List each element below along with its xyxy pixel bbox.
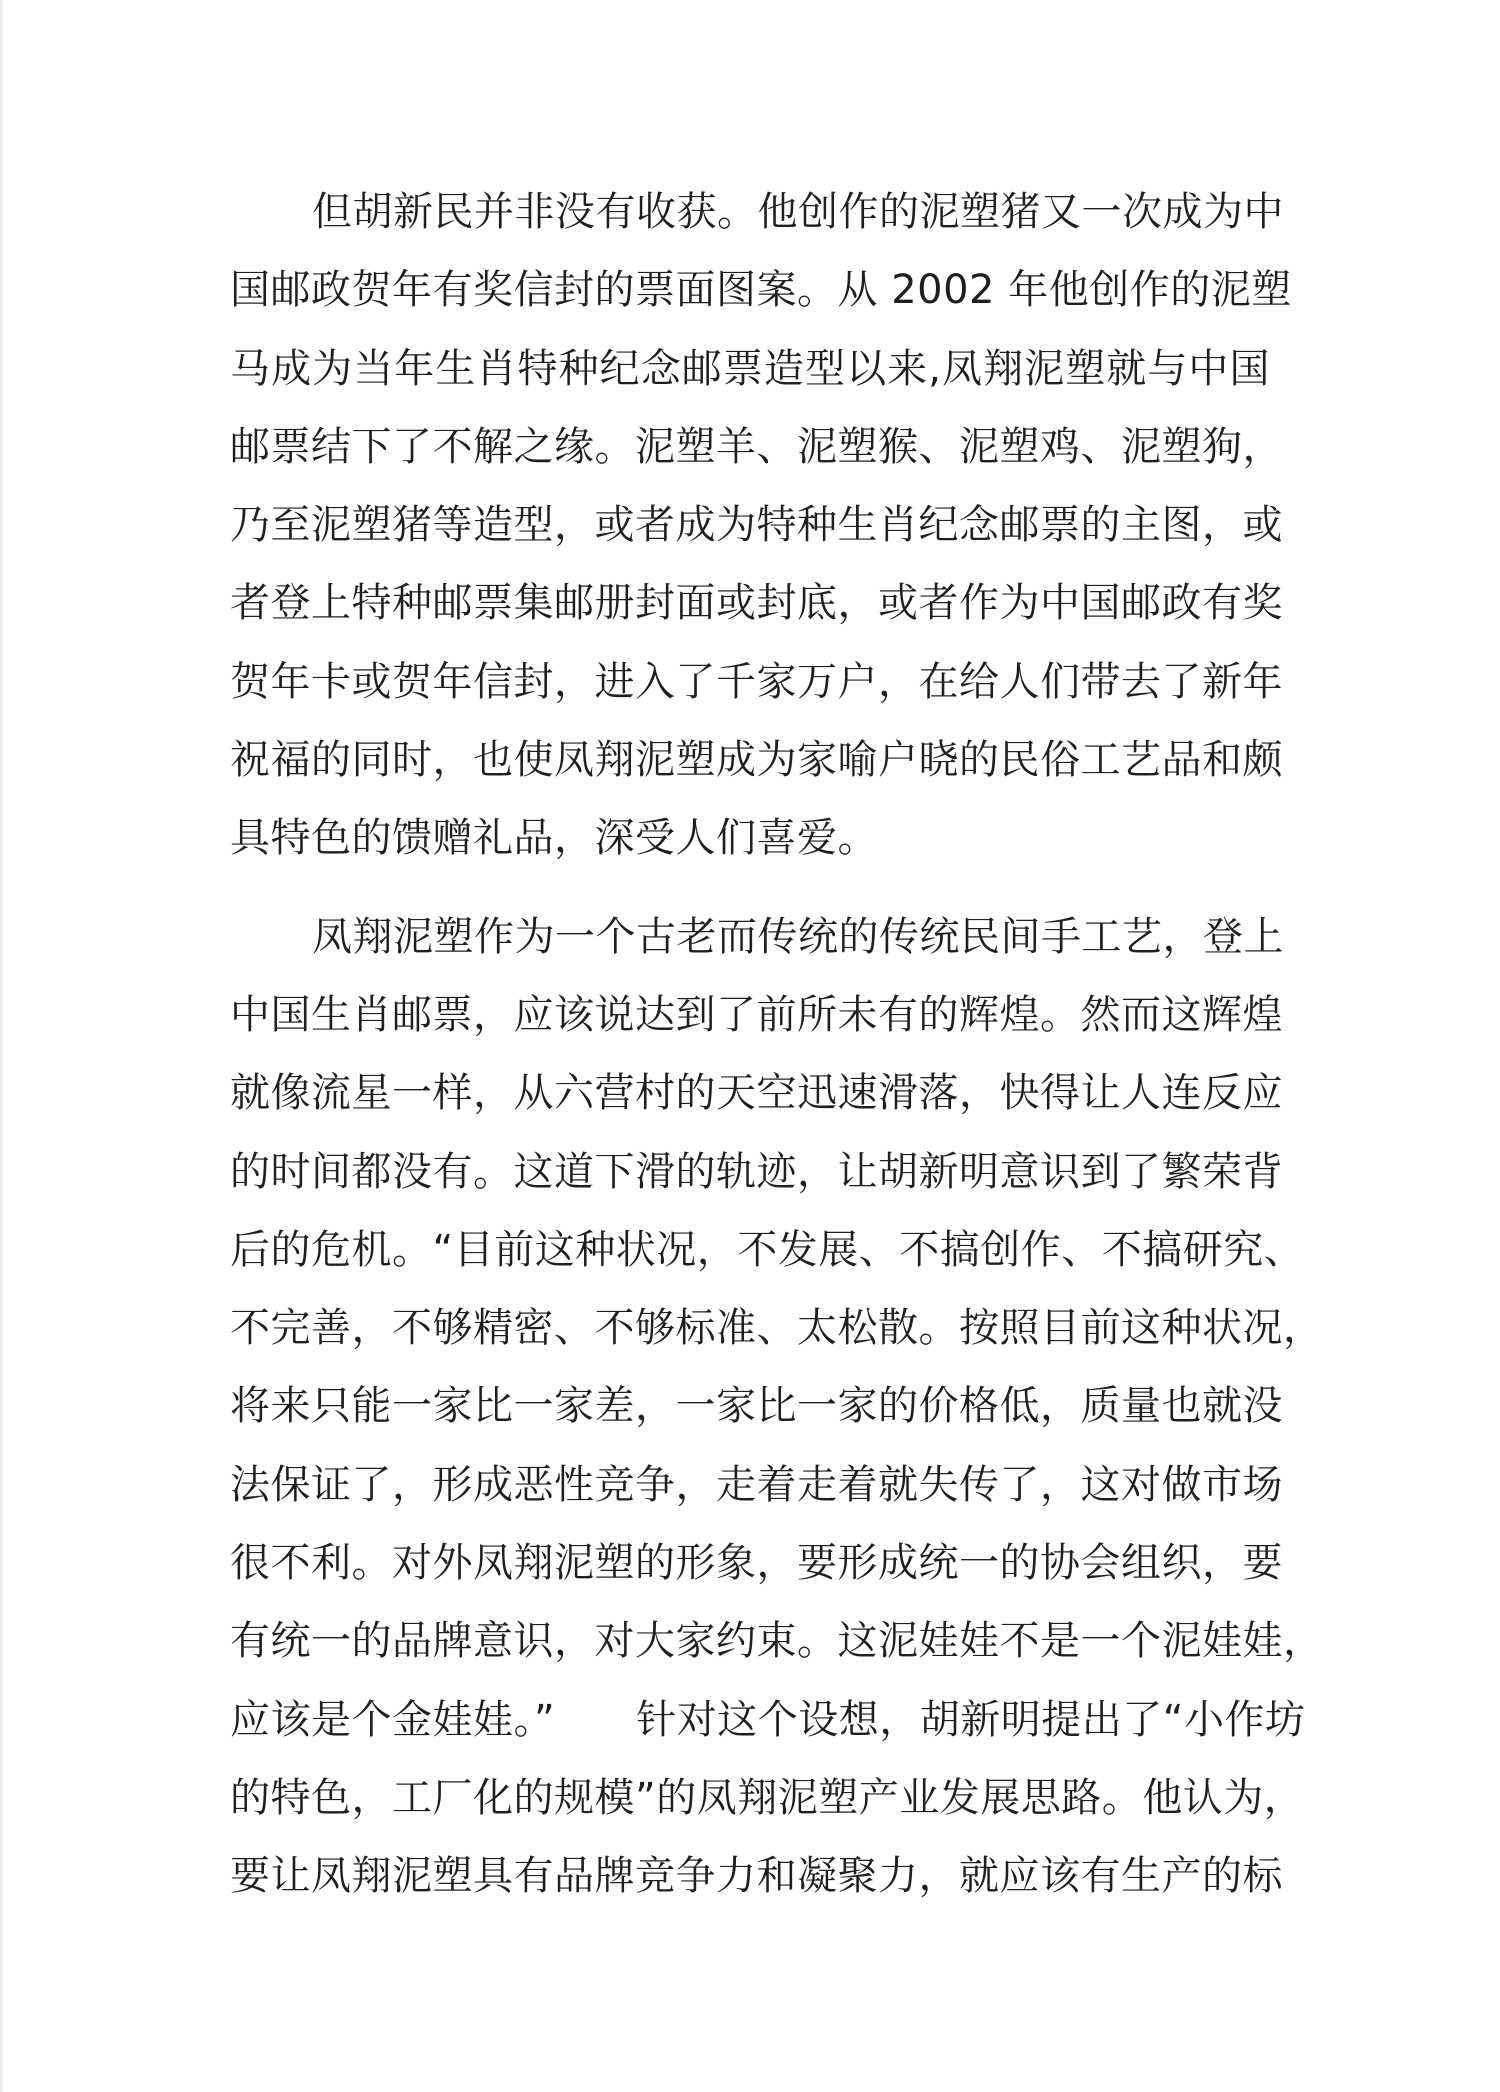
text-line: 很不利。对外凤翔泥塑的形象，要形成统一的协会组织，要	[230, 1539, 1270, 1617]
text-line: 将来只能一家比一家差，一家比一家的价格低，质量也就没	[230, 1382, 1270, 1460]
document-page: 但胡新民并非没有收获。他创作的泥塑猪又一次成为中 国邮政贺年有奖信封的票面图案。…	[230, 188, 1270, 1951]
text-line: 就像流星一样，从六营村的天空迅速滑落，快得让人连反应	[230, 1069, 1270, 1147]
text-line: 中国生肖邮票，应该说达到了前所未有的辉煌。然而这辉煌	[230, 991, 1270, 1069]
text-line: 贺年卡或贺年信封，进入了千家万户，在给人们带去了新年	[230, 658, 1270, 736]
paragraph-2: 凤翔泥塑作为一个古老而传统的传统民间手工艺，登上 中国生肖邮票，应该说达到了前所…	[230, 913, 1270, 1931]
text-line: 但胡新民并非没有收获。他创作的泥塑猪又一次成为中	[230, 188, 1270, 266]
text-line: 国邮政贺年有奖信封的票面图案。从 2002 年他创作的泥塑	[230, 266, 1270, 344]
text-line: 乃至泥塑猪等造型，或者成为特种生肖纪念邮票的主图，或	[230, 501, 1270, 579]
text-line: 具特色的馈赠礼品，深受人们喜爱。	[230, 814, 1270, 892]
page-left-edge	[0, 0, 3, 2092]
paragraph-1: 但胡新民并非没有收获。他创作的泥塑猪又一次成为中 国邮政贺年有奖信封的票面图案。…	[230, 188, 1270, 893]
text-line: 邮票结下了不解之缘。泥塑羊、泥塑猴、泥塑鸡、泥塑狗，	[230, 423, 1270, 501]
text-line: 马成为当年生肖特种纪念邮票造型以来,凤翔泥塑就与中国	[230, 345, 1270, 423]
text-line: 应该是个金娃娃。” 针对这个设想，胡新明提出了“小作坊	[230, 1696, 1270, 1774]
text-line: 后的危机。“目前这种状况，不发展、不搞创作、不搞研究、	[230, 1226, 1270, 1304]
text-line: 有统一的品牌意识，对大家约束。这泥娃娃不是一个泥娃娃，	[230, 1617, 1270, 1695]
text-line: 凤翔泥塑作为一个古老而传统的传统民间手工艺，登上	[230, 913, 1270, 991]
text-line: 者登上特种邮票集邮册封面或封底，或者作为中国邮政有奖	[230, 579, 1270, 657]
text-line: 的特色，工厂化的规模”的凤翔泥塑产业发展思路。他认为，	[230, 1774, 1270, 1852]
text-line: 的时间都没有。这道下滑的轨迹，让胡新明意识到了繁荣背	[230, 1148, 1270, 1226]
text-line: 祝福的同时，也使凤翔泥塑成为家喻户晓的民俗工艺品和颇	[230, 736, 1270, 814]
text-line: 法保证了，形成恶性竞争，走着走着就失传了，这对做市场	[230, 1461, 1270, 1539]
text-line: 要让凤翔泥塑具有品牌竞争力和凝聚力，就应该有生产的标	[230, 1852, 1270, 1930]
text-line: 不完善，不够精密、不够标准、太松散。按照目前这种状况，	[230, 1304, 1270, 1382]
